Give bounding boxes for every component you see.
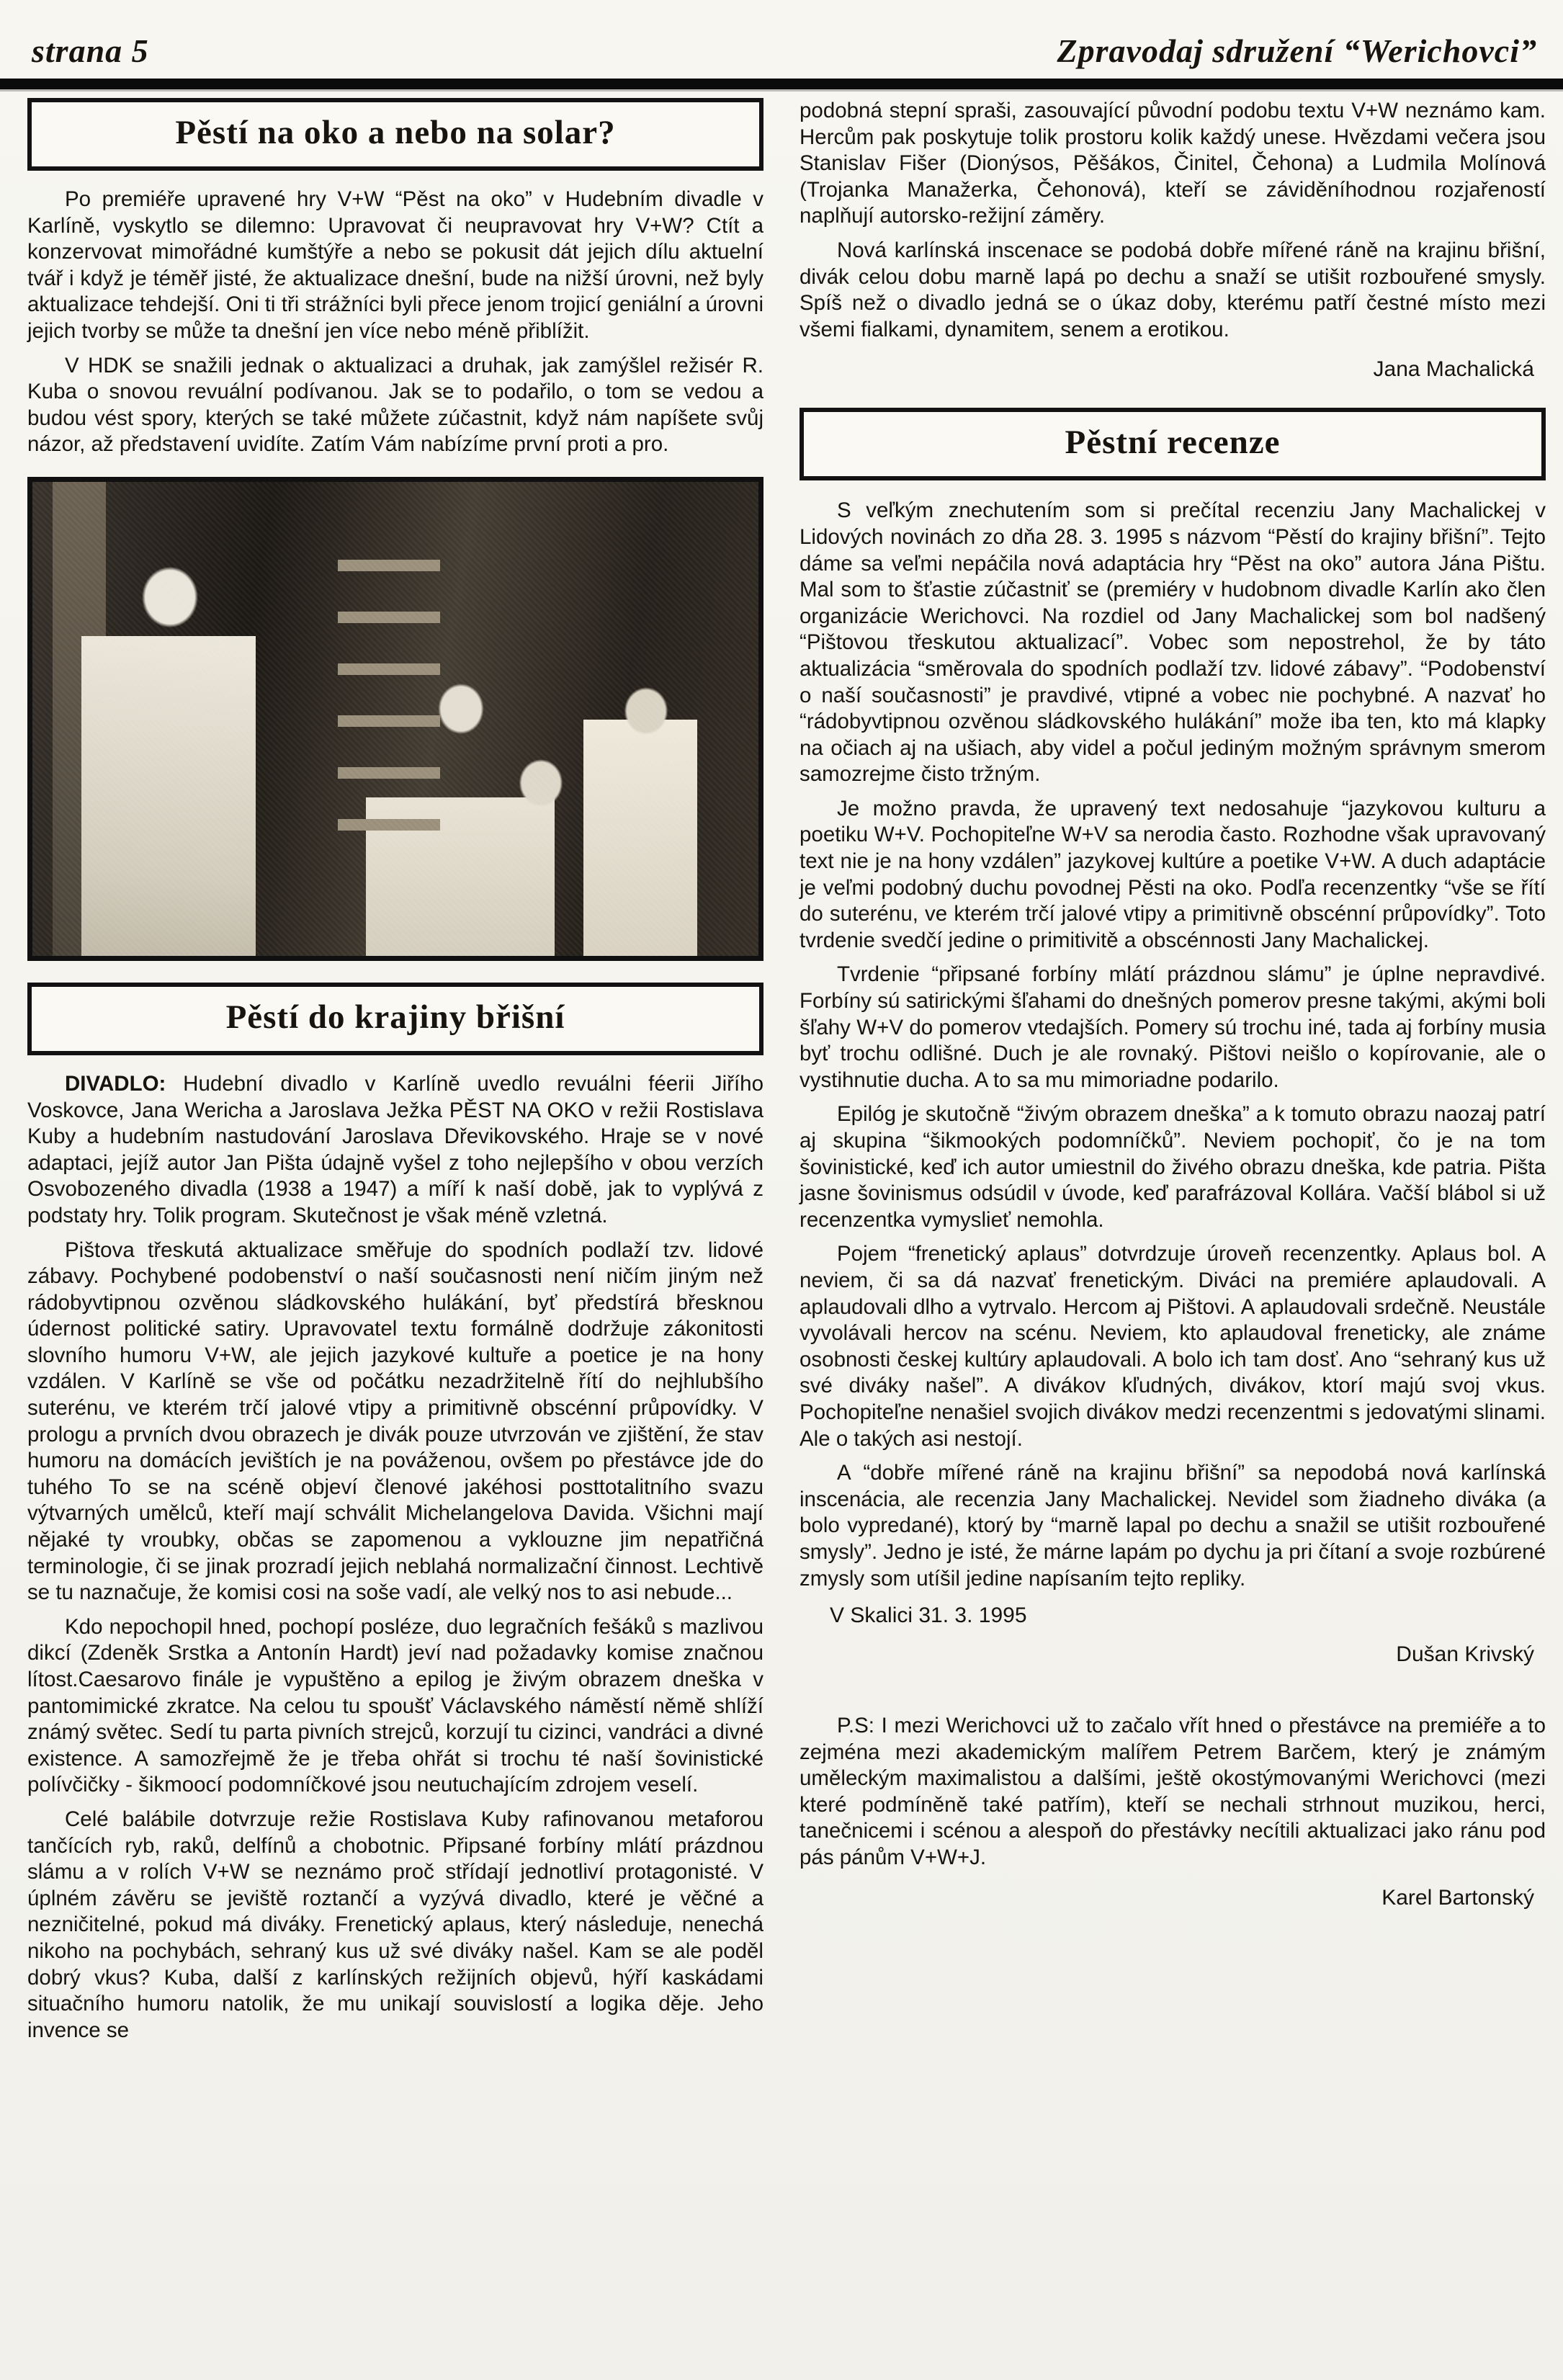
article1-paragraph: Po premiéře upravené hry V+W “Pěst na ok… [27, 187, 763, 345]
article2-lead-label: DIVADLO: [65, 1072, 166, 1096]
article2-title: Pěstí do krajiny břišní [226, 998, 565, 1036]
article1-title-box: Pěstí na oko a nebo na solar? [27, 98, 763, 171]
continuation-paragraph: podobná stepní spraši, zasouvající původ… [800, 98, 1546, 230]
left-column: Pěstí na oko a nebo na solar? Po premiéř… [27, 98, 763, 2052]
article1-paragraph: V HDK se snažili jednak o aktualizaci a … [27, 353, 763, 458]
masthead: strana 5 Zpravodaj sdružení “Werichovci” [0, 0, 1563, 79]
article1-title: Pěstí na oko a nebo na solar? [175, 114, 615, 151]
article3-paragraph: Tvrdenie “připsané forbíny mlátí prázdno… [800, 962, 1546, 1093]
article2-paragraph: Pištova třeskutá aktualizace směřuje do … [27, 1238, 763, 1606]
postscript-paragraph: P.S: I mezi Werichovci už to začalo vřít… [800, 1713, 1546, 1871]
article3-paragraph: S veľkým znechutením som si prečítal rec… [800, 498, 1546, 788]
article2-title-box: Pěstí do krajiny břišní [27, 983, 763, 1055]
newsletter-title: Zpravodaj sdružení “Werichovci” [1057, 32, 1537, 70]
article3-paragraph: Epilóg je skutočně “živým obrazem dneška… [800, 1101, 1546, 1233]
article3-title-box: Pěstní recenze [800, 408, 1546, 480]
signature-karel-bartonsky: Karel Bartonský [800, 1886, 1546, 1910]
dateline: V Skalici 31. 3. 1995 [800, 1603, 1546, 1628]
page-number-label: strana 5 [32, 32, 149, 70]
masthead-rule [0, 79, 1563, 89]
article2-paragraph: Kdo nepochopil hned, pochopí posléze, du… [27, 1614, 763, 1799]
continuation-paragraph: Nová karlínská inscenace se podobá dobře… [800, 238, 1546, 343]
article2-lead-paragraph: DIVADLO: Hudební divadlo v Karlíně uvedl… [27, 1071, 763, 1230]
signature-jana-machalicka: Jana Machalická [800, 357, 1546, 382]
right-column: podobná stepní spraši, zasouvající původ… [800, 98, 1546, 1928]
article2-paragraph: Celé balábile dotvrzuje režie Rostislava… [27, 1807, 763, 2044]
newspaper-page: strana 5 Zpravodaj sdružení “Werichovci”… [0, 0, 1563, 2380]
article3-paragraph: Je možno pravda, že upravený text nedosa… [800, 796, 1546, 954]
article3-paragraph: Pojem “frenetický aplaus” dotvrdzuje úro… [800, 1241, 1546, 1452]
article3-title: Pěstní recenze [1065, 424, 1281, 461]
signature-dusan-krivsky: Dušan Krivský [800, 1642, 1546, 1667]
stage-photo [27, 477, 763, 961]
article3-paragraph: A “dobře mířené ráně na krajinu břišní” … [800, 1460, 1546, 1592]
page-columns: Pěstí na oko a nebo na solar? Po premiéř… [0, 89, 1563, 2052]
